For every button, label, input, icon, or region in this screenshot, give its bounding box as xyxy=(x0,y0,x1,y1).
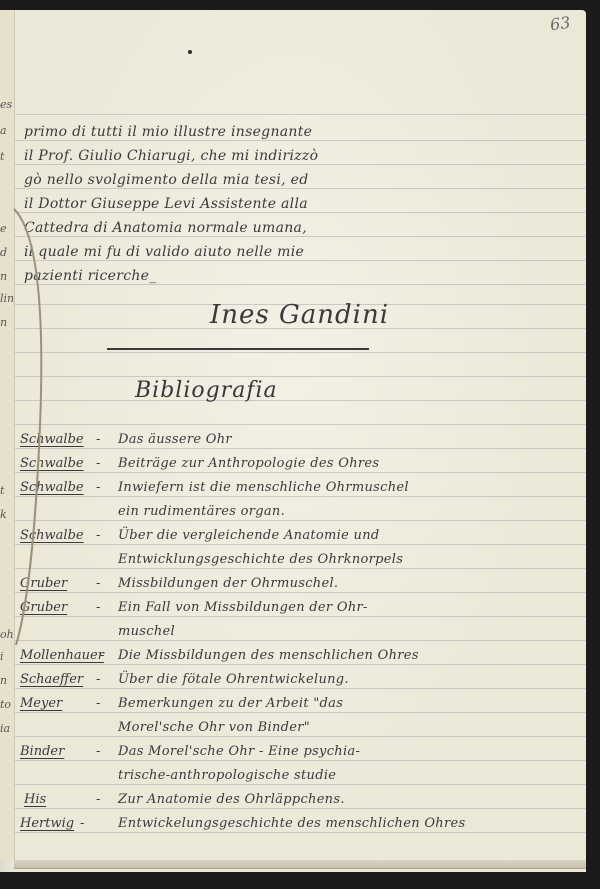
entry-title: Über die fötale Ohrentwickelung. xyxy=(118,672,349,687)
entry-author: Schwalbe xyxy=(20,528,84,543)
text-line: il quale mi fu di valido aiuto nelle mie xyxy=(24,244,304,260)
margin-fragment: a xyxy=(0,124,7,137)
rule-line xyxy=(14,784,586,785)
rule-line xyxy=(14,164,586,165)
rule-line xyxy=(14,284,586,285)
entry-separator: - xyxy=(96,456,100,471)
rule-line xyxy=(14,736,586,737)
rule-line xyxy=(14,520,586,521)
rule-line xyxy=(14,544,586,545)
text-line: il Prof. Giulio Chiarugi, che mi indiriz… xyxy=(24,148,318,164)
entry-author: Gruber xyxy=(20,576,67,591)
entry-title: Bemerkungen zu der Arbeit "das xyxy=(118,696,343,711)
page-stack-edge xyxy=(14,860,586,869)
rule-line xyxy=(14,760,586,761)
entry-separator: - xyxy=(96,744,100,759)
rule-line xyxy=(14,114,586,115)
margin-fragment: d xyxy=(0,246,7,259)
rule-line xyxy=(14,496,586,497)
entry-author: Binder xyxy=(20,744,64,759)
rule-line xyxy=(14,712,586,713)
margin-fragment: n xyxy=(0,270,7,283)
margin-fragment: to xyxy=(0,698,11,711)
rule-line xyxy=(14,616,586,617)
entry-title: Beiträge zur Anthropologie des Ohres xyxy=(118,456,379,471)
rule-line xyxy=(14,448,586,449)
ink-dot xyxy=(188,50,192,54)
text-line: gò nello svolgimento della mia tesi, ed xyxy=(24,172,308,188)
margin-fragment: e xyxy=(0,222,7,235)
entry-title-continued: ein rudimentäres organ. xyxy=(118,504,285,519)
entry-title: Das äussere Ohr xyxy=(118,432,232,447)
entry-separator: - xyxy=(96,696,100,711)
entry-separator: - xyxy=(80,816,84,831)
rule-line xyxy=(14,260,586,261)
margin-fragment: lin xyxy=(0,292,14,305)
margin-fragment: n xyxy=(0,674,7,687)
entry-author: Meyer xyxy=(20,696,62,711)
entry-separator: - xyxy=(96,672,100,687)
rule-line xyxy=(14,592,586,593)
entry-title: Ein Fall von Missbildungen der Ohr- xyxy=(118,600,368,615)
entry-title: Inwiefern ist die menschliche Ohrmuschel xyxy=(118,480,409,495)
rule-line xyxy=(14,212,586,213)
entry-author: Gruber xyxy=(20,600,67,615)
rule-line xyxy=(14,400,586,401)
entry-title: Über die vergleichende Anatomie und xyxy=(118,528,380,543)
margin-fragment: t xyxy=(0,484,4,497)
rule-line xyxy=(14,472,586,473)
rule-line xyxy=(14,188,586,189)
rule-line xyxy=(14,352,586,353)
entry-author: Schaeffer xyxy=(20,672,83,687)
rule-line xyxy=(14,376,586,377)
rule-line xyxy=(14,832,586,833)
margin-fragment: k xyxy=(0,508,7,521)
entry-author: His xyxy=(24,792,46,807)
entry-title: Das Morel'sche Ohr - Eine psychia- xyxy=(118,744,360,759)
margin-fragment: es xyxy=(0,98,12,111)
entry-separator: - xyxy=(96,528,100,543)
margin-fragment: n xyxy=(0,316,7,329)
margin-fragment: oh xyxy=(0,628,14,641)
bibliography-heading: Bibliografia xyxy=(135,378,278,403)
entry-separator: - xyxy=(96,480,100,495)
entry-separator: - xyxy=(100,648,104,663)
entry-title: Zur Anatomie des Ohrläppchens. xyxy=(118,792,345,807)
text-line: primo di tutti il mio illustre insegnant… xyxy=(24,124,312,140)
margin-fragment: t xyxy=(0,150,4,163)
entry-title: Entwickelungsgeschichte des menschlichen… xyxy=(118,816,465,831)
entry-separator: - xyxy=(96,792,100,807)
entry-author: Mollenhauer xyxy=(20,648,104,663)
rule-line xyxy=(14,640,586,641)
rule-line xyxy=(14,236,586,237)
entry-separator: - xyxy=(96,600,100,615)
entry-title: Die Missbildungen des menschlichen Ohres xyxy=(118,648,419,663)
rule-line xyxy=(14,424,586,425)
margin-fragment: i xyxy=(0,650,4,663)
text-line: Cattedra di Anatomia normale umana, xyxy=(24,220,307,236)
page-number: 63 xyxy=(548,13,571,35)
margin-fragment: ia xyxy=(0,722,10,735)
entry-title-continued: Entwicklungsgeschichte des Ohrknorpels xyxy=(118,552,403,567)
entry-title-continued: muschel xyxy=(118,624,175,639)
rule-line xyxy=(14,688,586,689)
rule-line xyxy=(14,568,586,569)
entry-title-continued: Morel'sche Ohr von Binder" xyxy=(118,720,310,735)
text-line: il Dottor Giuseppe Levi Assistente alla xyxy=(24,196,308,212)
entry-author: Schwalbe xyxy=(20,432,84,447)
rule-line xyxy=(14,808,586,809)
author-signature: Ines Gandini xyxy=(210,300,389,330)
entry-separator: - xyxy=(96,576,100,591)
entry-title: Missbildungen der Ohrmuschel. xyxy=(118,576,338,591)
entry-author: Schwalbe xyxy=(20,456,84,471)
rule-line xyxy=(14,664,586,665)
entry-author: Schwalbe xyxy=(20,480,84,495)
signature-underline xyxy=(107,348,369,350)
text-line: pazienti ricerche_ xyxy=(24,268,157,284)
entry-title-continued: trische-anthropologische studie xyxy=(118,768,336,783)
entry-author: Hertwig xyxy=(20,816,74,831)
rule-line xyxy=(14,140,586,141)
entry-separator: - xyxy=(96,432,100,447)
